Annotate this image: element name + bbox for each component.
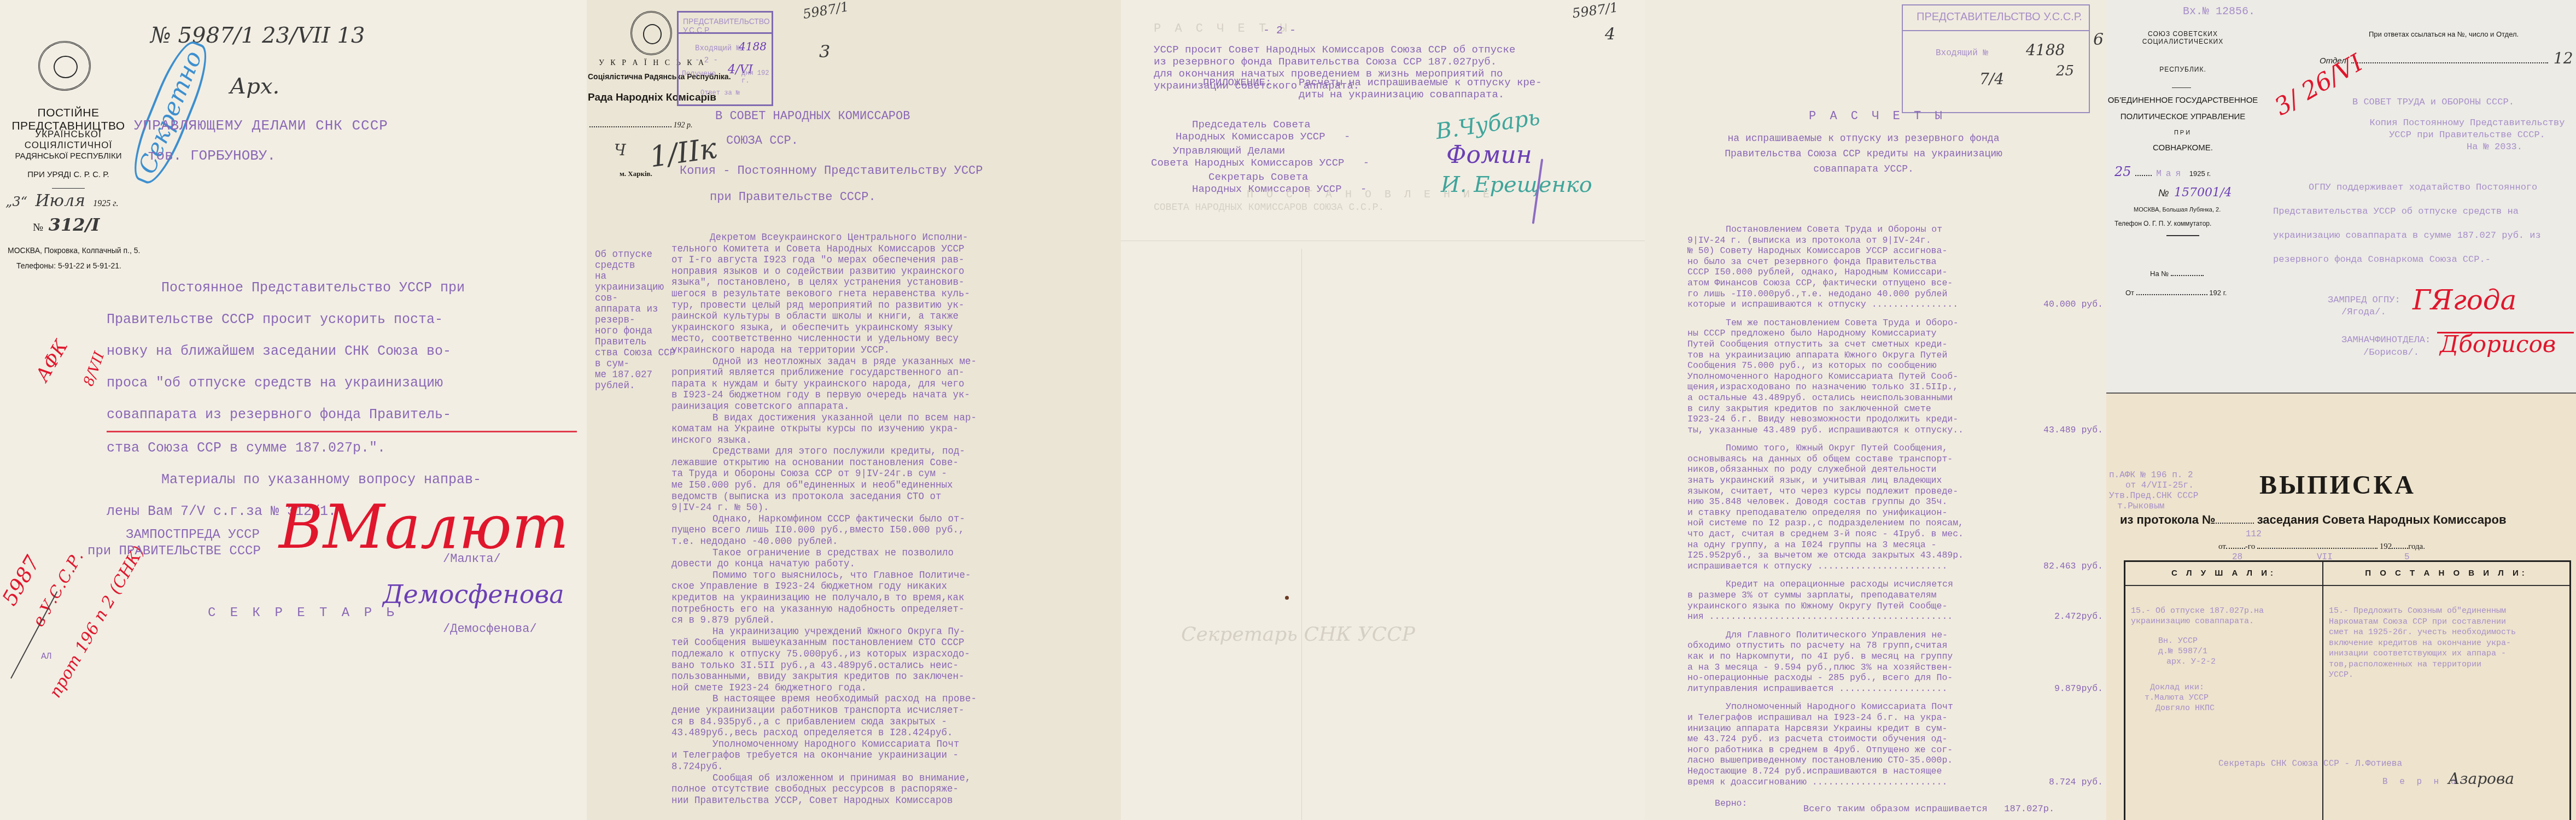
ussr-emblem-icon bbox=[38, 41, 91, 91]
calculation-line: щения,израсходовано по назначению только… bbox=[1687, 382, 2103, 393]
calculation-line: Постановлением Совета Труда и Обороны от bbox=[1687, 224, 2103, 235]
calculation-line: и ставку преподавателю определяя по униф… bbox=[1687, 507, 2103, 518]
body-line: Уполномоченному Народного Комиссариата П… bbox=[671, 739, 1120, 751]
signer-2-name: /Борисов/. bbox=[2363, 348, 2419, 358]
reporters: Доклад ики: т.Малюта УССР Довгяло НКПС bbox=[2145, 682, 2215, 713]
signature-title-line-1: ЗАМПОСТПРЕДА УССР bbox=[126, 528, 260, 542]
calculation-line: Тем же постановлением Совета Труда и Обо… bbox=[1687, 318, 2103, 329]
extract-date-line: от-го 192года. bbox=[2218, 542, 2425, 552]
body-line: вано только 3I.5II руб.,а 43.489руб.оста… bbox=[671, 660, 1120, 672]
body-line: от I-го августа I923 года "о мерах обесп… bbox=[671, 255, 1120, 266]
body-line: парата к нуждам и быту украинского народ… bbox=[671, 379, 1120, 390]
body-line: 8.724руб. bbox=[671, 762, 1120, 773]
ussr-emblem-icon bbox=[630, 11, 672, 55]
body-line: роприятий является приближение государст… bbox=[671, 367, 1120, 379]
body-line: коматам на Украине открыты курсы по изуч… bbox=[671, 424, 1120, 435]
body-line: лежавшие открытию на основании постановл… bbox=[671, 458, 1120, 469]
org-line-3: ПРИ bbox=[2106, 130, 2259, 136]
resolved-item: 15.- Предложить Союзным об"единенным Нар… bbox=[2329, 606, 2516, 681]
body-line: украинского народа на территории УССР. bbox=[671, 345, 1120, 356]
letter-number: № 312/I bbox=[33, 214, 100, 235]
calculation-line: № 50) Совету Народных Комиссаров УССР ас… bbox=[1687, 245, 2103, 256]
calculation-line: знать украинский язык, и учитывая лиц вл… bbox=[1687, 475, 2103, 486]
body-line: пущено всего лишь II0.000 руб.,вместо I5… bbox=[671, 525, 1120, 536]
extract-title: ВЫПИСКА bbox=[2259, 470, 2416, 500]
extract-subtitle: из протокола № заседания Совета Народных… bbox=[2120, 513, 2507, 527]
signer-2-title: ЗАМНАЧФИНОТДЕЛА: bbox=[2341, 335, 2431, 345]
calculation-line: Уполномоченный Народного Комиссариата По… bbox=[1687, 701, 2103, 712]
signature-title-line-2: при ПРАВИТЕЛЬСТВЕ СССР bbox=[87, 544, 261, 559]
calculation-line: украинского языка по Южному Округу Путей… bbox=[1687, 601, 2103, 612]
extract-secretary: Секретарь СНК Союза ССР - Л.Фотиева bbox=[2218, 759, 2402, 769]
verified-signature: Азарова bbox=[2448, 770, 2514, 788]
calculation-amount: 40.000 руб. bbox=[2043, 299, 2103, 310]
org-republics: РЕСПУБЛИК. bbox=[2123, 66, 2243, 73]
body-line: нии Правительства УССР, Совет Народных К… bbox=[671, 795, 1120, 807]
signature-yagoda: ГЯгода bbox=[2413, 284, 2516, 316]
page-number: 6 bbox=[2093, 30, 2104, 49]
calculation-line: и Телеграфов испрашивал на I923-24 б.г. … bbox=[1687, 712, 2103, 723]
calculation-line: ты, указанные 43.489 руб. испрашиваются … bbox=[1687, 425, 2103, 436]
calculation-line: литуправления испрашивается ............… bbox=[1687, 683, 2103, 694]
handwritten-archive-note: Арх. bbox=[230, 74, 279, 99]
body-line: Такое ограничение в средствах не позволи… bbox=[671, 548, 1120, 559]
heard-item: 15.- Об отпуске 187.027р.на украинизацию… bbox=[2131, 606, 2264, 626]
addressee-line-2: СОЮЗА ССР. bbox=[726, 134, 798, 148]
margin-subject-note: Об отпуске средств на украинизацию сов- … bbox=[595, 249, 677, 391]
red-margin-note-3: 5987 bbox=[0, 552, 45, 610]
document-page-3-signatures: Р А С Ч Е Т Ы - 2 - 5987/1 4 УССР просит… bbox=[1121, 0, 1645, 820]
page-label: - 2 - bbox=[1263, 25, 1296, 37]
body-line: Однако, Наркомфином СССР фактически было… bbox=[671, 514, 1120, 525]
letter-body: Декретом Всеукраинского Центрального Исп… bbox=[671, 232, 1120, 806]
addressee-line-2: тов. ГОРБУНОВУ. bbox=[148, 148, 276, 164]
signer-1-title: ЗАМПРЕД ОГПУ: bbox=[2328, 295, 2400, 306]
body-line: инского языка. bbox=[671, 435, 1120, 447]
incoming-number: Вх.№ 12856. bbox=[2183, 5, 2255, 18]
calculation-line: а на 3 месяца - 9.594 руб.,плюс 3% на хо… bbox=[1687, 662, 2103, 673]
calculation-item: Помимо того, Южный Округ Путей Сообщения… bbox=[1687, 443, 2103, 571]
calculation-amount: 8.724 руб. bbox=[2049, 777, 2103, 788]
signature-chairman: В.Чубарь bbox=[1434, 105, 1541, 144]
page-number: 3 bbox=[819, 41, 830, 62]
org-line-4: СОВНАРКОМЕ. bbox=[2106, 143, 2259, 153]
body-line: и Телеграфов требуется на окончание укра… bbox=[671, 750, 1120, 762]
calculation-line: ного работника в среднем в 4руб. Отпущен… bbox=[1687, 745, 2103, 755]
on-number-field: На № bbox=[2150, 270, 2204, 278]
letterhead-address: МОСКВА, Покровка, Колпачный п., 5. bbox=[8, 246, 140, 255]
calculation-line: нию 35.848 человек. Доводя состав группы… bbox=[1687, 496, 2103, 507]
calculations-subtitle: на испрашиваемые к отпуску из резервного… bbox=[1699, 131, 2028, 177]
body-line: В настоящее время необходимый расход на … bbox=[671, 694, 1120, 705]
letterhead-line-3: РАДЯНСЬКОЇ РЕСПУБЛІКИ bbox=[0, 151, 137, 161]
calculation-line: Путей Сообщения отпустить за счет сметны… bbox=[1687, 339, 2103, 350]
calculation-line: Сообщения 75.000 руб., из которых по соо… bbox=[1687, 360, 2103, 371]
letterhead-number: Ч bbox=[614, 141, 626, 159]
org-phone: Телефон О. Г. П. У. коммутатор. bbox=[2114, 220, 2211, 227]
body-line: Средствами для этого послужили кредиты, … bbox=[671, 446, 1120, 458]
calculation-line: атом Финансов Союза ССР, фактически отпу… bbox=[1687, 278, 2103, 289]
body-line: пользованными, ввиду закрытия кредитов п… bbox=[671, 671, 1120, 683]
calculation-line: Помимо того, Южный Округ Путей Сообщения… bbox=[1687, 443, 2103, 454]
total-amount: 187.027р. bbox=[2004, 804, 2054, 815]
calculation-line: I923-24 б.г. Ввиду невозможности продолж… bbox=[1687, 414, 2103, 425]
calculation-line: го лишь -II0.000руб.,т.е. недодано 40.00… bbox=[1687, 289, 2103, 300]
signatory-manager: Управляющий Делами Совета Народных Комис… bbox=[1151, 145, 1369, 169]
body-line: 9|IV-24 г. № 50). bbox=[671, 502, 1120, 514]
column-header-heard: С Л У Ш А Л И: bbox=[2125, 569, 2322, 578]
signature-borisov: Дборисов bbox=[2440, 331, 2556, 358]
body-line: ся в 84.935руб.,а с прибавлением сюда за… bbox=[671, 717, 1120, 728]
bleed-through-table-line bbox=[1121, 241, 1645, 241]
calculation-line: в размере 3% от суммы зарплаты, преподав… bbox=[1687, 590, 2103, 601]
document-page-1-cover-letter: ПОСТІЙНЕ ПРЕДСТАВНИЦТВО УКРАЇНСЬКОЇ СОЦІ… bbox=[0, 0, 587, 820]
red-resolution-note: 3/ 26/VI bbox=[2270, 49, 2368, 121]
extract-table: С Л У Ш А Л И: П О С Т А Н О В И Л И: 15… bbox=[2124, 560, 2571, 820]
paper-spot bbox=[1285, 596, 1289, 600]
body-line: ноправия языков и о содействии развитию … bbox=[671, 266, 1120, 278]
calculation-line: I25.952руб., за вычетом же отсюда закрыт… bbox=[1687, 550, 2103, 561]
signer-1-name: /Ягода/. bbox=[2341, 307, 2386, 318]
body-line: та Труда и Обороны Союза ССР от 9|IV-24г… bbox=[671, 468, 1120, 480]
calculation-line: испрашивается к отпуску ................… bbox=[1687, 561, 2103, 572]
red-margin-note-2: 8/VII bbox=[80, 350, 108, 389]
calculation-line: ников,обязанных по роду служебной деятел… bbox=[1687, 464, 2103, 475]
body-line: В видах достижения указанной цели по все… bbox=[671, 413, 1120, 424]
calculation-item: Тем же постановлением Совета Труда и Обо… bbox=[1687, 318, 2103, 436]
copy-note: Копия Постоянному Представительству УССР… bbox=[2358, 118, 2576, 154]
calculation-line: время к доассигнованию .................… bbox=[1687, 777, 2103, 788]
letterhead-phones: Телефоны: 5-91-22 и 5-91-21. bbox=[16, 261, 121, 270]
letter-number: № 157001/4 bbox=[2158, 186, 2232, 200]
body-line: украинского языка, и обеспечить украинск… bbox=[671, 323, 1120, 334]
signer-name-1: /Малкта/ bbox=[443, 552, 501, 566]
org-address: МОСКВА, Большая Лубянка, 2. bbox=[2134, 207, 2221, 213]
calculation-items: Постановлением Совета Труда и Обороны от… bbox=[1687, 224, 2103, 809]
calculation-line: а остальные 43.489руб. остались неисполь… bbox=[1687, 393, 2103, 403]
calculation-line: ласно вышеприведенному постановлению СТО… bbox=[1687, 755, 2103, 766]
body-line: раинской культуры в области школы и книг… bbox=[671, 311, 1120, 323]
letter-body: Постоянное Представительство УССР при Пр… bbox=[107, 272, 577, 528]
letter-date: „3“ Июля 1925 г. bbox=[5, 191, 118, 210]
handwritten-registration-number: № 5987/1 23/VII 13 bbox=[150, 23, 365, 48]
heard-references: Вн. УССР д.№ 5987/1 арх. У-2-2 bbox=[2158, 636, 2216, 667]
org-arc-text: СОЮЗ СОВЕТСКИХ СОЦИАЛИСТИЧЕСКИХ bbox=[2123, 30, 2243, 45]
copy-line-1: Копия - Постоянному Представительству УС… bbox=[680, 164, 983, 178]
typist-initials: АЛ bbox=[41, 652, 51, 661]
total-row: Всего таким образом испрашивается 187.02… bbox=[1803, 804, 2054, 815]
from-date-field: От 192 г. bbox=[2125, 289, 2227, 297]
body-line: Одной из неотложных задач в ряде указанн… bbox=[671, 356, 1120, 368]
calculation-line: основываясь на данных об общем составе т… bbox=[1687, 454, 2103, 465]
calculation-line: 9|IV-24 г. (выписка из протокола от 9|IV… bbox=[1687, 235, 2103, 246]
body-line: ведомств (выписка из протокола заседания… bbox=[671, 491, 1120, 503]
body-line: тей Сообщения вышеуказанным постановлени… bbox=[671, 637, 1120, 649]
body-line: ме I50.000 руб. для об"единенных и необ"… bbox=[671, 480, 1120, 491]
bleed-through-heading: П О С Т А Н О В Л Е Н И Е bbox=[1247, 189, 1493, 201]
document-page-5-ogpu-letter-and-extract: Вх.№ 12856. При ответах ссылаться на №, … bbox=[2106, 0, 2576, 820]
calculation-line: на одну группу, а на I024 группы на 3 ме… bbox=[1687, 540, 2103, 550]
calculation-line: но-операционные расходы - 285 руб., всег… bbox=[1687, 672, 2103, 683]
blue-pencil-secret-stamp: Секретно bbox=[125, 36, 217, 189]
calculation-line: ны СССР предложено было Народному Комисс… bbox=[1687, 328, 2103, 339]
bleed-through-subheading: СОВЕТА НАРОДНЫХ КОМИССАРОВ СОЮЗА С.С.Р. bbox=[1154, 202, 1384, 213]
calculation-item: Постановлением Совета Труда и Обороны от… bbox=[1687, 224, 2103, 310]
document-page-2-sovnarkom-ussr-letter: У К Р А Ї Н С Ь К А Соціялістична Радянс… bbox=[587, 0, 1121, 820]
violet-signature: Демосфенова bbox=[383, 579, 564, 609]
body-line: ское Управление в I923-24 бюджетном году… bbox=[671, 581, 1120, 593]
letterhead-city: м. Харків. bbox=[620, 169, 652, 178]
calculation-line: обходимо отпустить по расчету на 78 груп… bbox=[1687, 640, 2103, 651]
red-margin-note-1: АФК bbox=[32, 336, 73, 385]
body-line: Помимо того выяснилось, что Главное Поли… bbox=[671, 570, 1120, 582]
addressee-line-1: В СОВЕТ НАРОДНЫХ КОМИССАРОВ bbox=[715, 109, 910, 123]
letterhead-line-4: ПРИ УРЯДІ С. Р. С. Р. bbox=[0, 170, 137, 179]
body-line: шегося в результате векового гнета нерав… bbox=[671, 289, 1120, 300]
protocol-extract-sheet: п.АФК № 196 п. 2 от 4/VII-25г. Утв.Пред.… bbox=[2106, 393, 2576, 820]
handwritten-file-number: 5987/1 bbox=[1571, 0, 1619, 21]
red-ink-stroke bbox=[2437, 332, 2574, 333]
attachment-text: Расчеты на испрашиваемые к отпуску кре- … bbox=[1299, 77, 1542, 101]
calculations-title: Р А С Ч Е Т Ы bbox=[1809, 109, 1946, 123]
addressee: В СОВЕТ ТРУДА и ОБОРОНЫ СССР. bbox=[2352, 97, 2514, 108]
body-line: довести до конца начатую работу. bbox=[671, 559, 1120, 570]
body-line: в I923-24 бюджетном году в первую очеред… bbox=[671, 390, 1120, 401]
body-line: дение украинизации работников транспорта… bbox=[671, 705, 1120, 717]
org-line-1: ОБ'ЕДИНЕННОЕ ГОСУДАРСТВЕННОЕ bbox=[2106, 96, 2259, 105]
copy-line-2: при Правительстве СССР. bbox=[710, 190, 876, 204]
attachment-label: ПРИЛОЖЕНИЕ: bbox=[1203, 77, 1271, 89]
body-line: Сообщая об изложенном и принимая во вним… bbox=[671, 773, 1120, 784]
calculation-line: Уполномоченного Народного Комиссариата П… bbox=[1687, 371, 2103, 382]
body-line: место, соответственно численности и удел… bbox=[671, 333, 1120, 345]
calculation-amount: 9.879руб. bbox=[2054, 683, 2103, 694]
calculation-line: ной системе по I2 разр.,с подразделением… bbox=[1687, 518, 2103, 529]
protocol-number: 112 bbox=[2246, 529, 2262, 539]
body-line: языка", постановлено, в целях устранения… bbox=[671, 277, 1120, 289]
calculation-amount: 43.489 руб. bbox=[2043, 425, 2103, 436]
body-line: ся в 9.879 рублей. bbox=[671, 615, 1120, 626]
body-line: кредитов на украинизацию не получало,в т… bbox=[671, 593, 1120, 604]
handwritten-file-number: 5987/1 bbox=[802, 0, 850, 22]
body-line: ной смете I923-24 бюджетного года. bbox=[671, 683, 1120, 694]
calculation-line: в силу закрытия кредитов по заключенной … bbox=[1687, 403, 2103, 414]
reply-reference-note: При ответах ссылаться на №, число и Отде… bbox=[2369, 30, 2519, 38]
body-line: 43.489руб.,весь расход определяется в I2… bbox=[671, 728, 1120, 739]
calculation-line: ме 43.724 руб. из расчета стоимости обуч… bbox=[1687, 734, 2103, 745]
body-line: На украинизацию учреждений Южного Округа… bbox=[671, 626, 1120, 638]
calculation-item: Для Главного Политического Управления не… bbox=[1687, 630, 2103, 694]
body-line: потребность его на указанную надобность … bbox=[671, 604, 1120, 616]
calculation-line: тов на украинизацию аппарата Южного Окру… bbox=[1687, 350, 2103, 361]
secretary-label: С Е К Р Е Т А Р Ь bbox=[208, 606, 398, 620]
body-line: подлежало к отпуску 75.000руб.,из которы… bbox=[671, 649, 1120, 660]
bleed-through-column-line bbox=[1301, 249, 1302, 820]
calculation-line: Для Главного Политического Управления не… bbox=[1687, 630, 2103, 641]
calculation-line: СССР I50.000 рублей, однако, Народным Ко… bbox=[1687, 267, 2103, 278]
bleed-through-signature: Секретарь СНК УССР bbox=[1181, 623, 1415, 646]
letterhead-line-2: УКРАЇНСЬКОЇ СОЦІЯЛІСТИЧНОЇ bbox=[0, 129, 137, 151]
calculation-line: ния ....................................… bbox=[1687, 611, 2103, 622]
page-number: 4 bbox=[1605, 25, 1615, 44]
body-line: Декретом Всеукраинского Центрального Исп… bbox=[671, 232, 1120, 244]
letterhead-date-line: 192 р. bbox=[589, 121, 693, 130]
body-line: т.е. недодано -40.000 рублей. bbox=[671, 536, 1120, 548]
letter-date: 25 Мая 1925 г. bbox=[2114, 164, 2211, 179]
body-line: тельного Комитета и Совета Народных Коми… bbox=[671, 244, 1120, 255]
signature-manager: Фомин bbox=[1446, 141, 1532, 169]
body-line: полное отсутствие свободных рессурсов в … bbox=[671, 784, 1120, 795]
calculation-line: как и по Наркомпути, по 4I руб. в месяц … bbox=[1687, 651, 2103, 662]
incoming-registration-stamp: ПРЕДСТАВИТЕЛЬСТВО У.С.С.Р. Входящий № 41… bbox=[1902, 4, 2090, 113]
calculation-line: инизацию аппарата Нарсвязи Украины креди… bbox=[1687, 723, 2103, 734]
calculation-item: Кредит на операционные расходы исчисляет… bbox=[1687, 579, 2103, 622]
signer-name-2: /Демосфенова/ bbox=[443, 622, 537, 636]
calculation-line: Кредит на операционные расходы исчисляет… bbox=[1687, 579, 2103, 590]
calculation-amount: 2.472руб. bbox=[2054, 611, 2103, 622]
letter-body: ОГПУ поддерживает ходатайство Постоянног… bbox=[2273, 176, 2576, 272]
calculation-amount: 82.463 руб. bbox=[2043, 561, 2103, 572]
signatory-chairman: Председатель Совета Народных Комиссаров … bbox=[1176, 119, 1350, 143]
column-header-resolved: П О С Т А Н О В И Л И: bbox=[2323, 569, 2569, 578]
extract-registration-stamp: п.АФК № 196 п. 2 от 4/VII-25г. Утв.Пред.… bbox=[2109, 470, 2198, 512]
org-line-2: ПОЛИТИЧЕСКОЕ УПРАВЛЕНИЕ bbox=[2106, 112, 2259, 121]
body-line: тур, провести целый ряд мероприятий по р… bbox=[671, 300, 1120, 312]
calculation-line: которые и испрашиваются к отпуску ......… bbox=[1687, 299, 2103, 310]
calculation-line: что даст, считая в среднем 3-й пояс - 4I… bbox=[1687, 529, 2103, 540]
calculation-line: языком, считает, что через курсы подлежи… bbox=[1687, 486, 2103, 497]
calculation-item: Уполномоченный Народного Комиссариата По… bbox=[1687, 701, 2103, 787]
addressee-line-1: УПРАВЛЯЮЩЕМУ ДЕЛАМИ СНК СССР bbox=[134, 118, 388, 134]
body-line: раинизация советского аппарата. bbox=[671, 401, 1120, 413]
calculation-line: Недостающие 8.724 руб.испрашиваются в на… bbox=[1687, 766, 2103, 777]
document-page-4-calculations: ПРЕДСТАВИТЕЛЬСТВО У.С.С.Р. Входящий № 41… bbox=[1645, 0, 2106, 820]
incoming-registration-stamp: ПРЕДСТАВИТЕЛЬСТВО У.С.С.Р. Входящий № 41… bbox=[677, 11, 773, 106]
calculation-line: но было за счет резервного фонда Правите… bbox=[1687, 256, 2103, 267]
red-signature: ВМалют bbox=[279, 492, 569, 562]
